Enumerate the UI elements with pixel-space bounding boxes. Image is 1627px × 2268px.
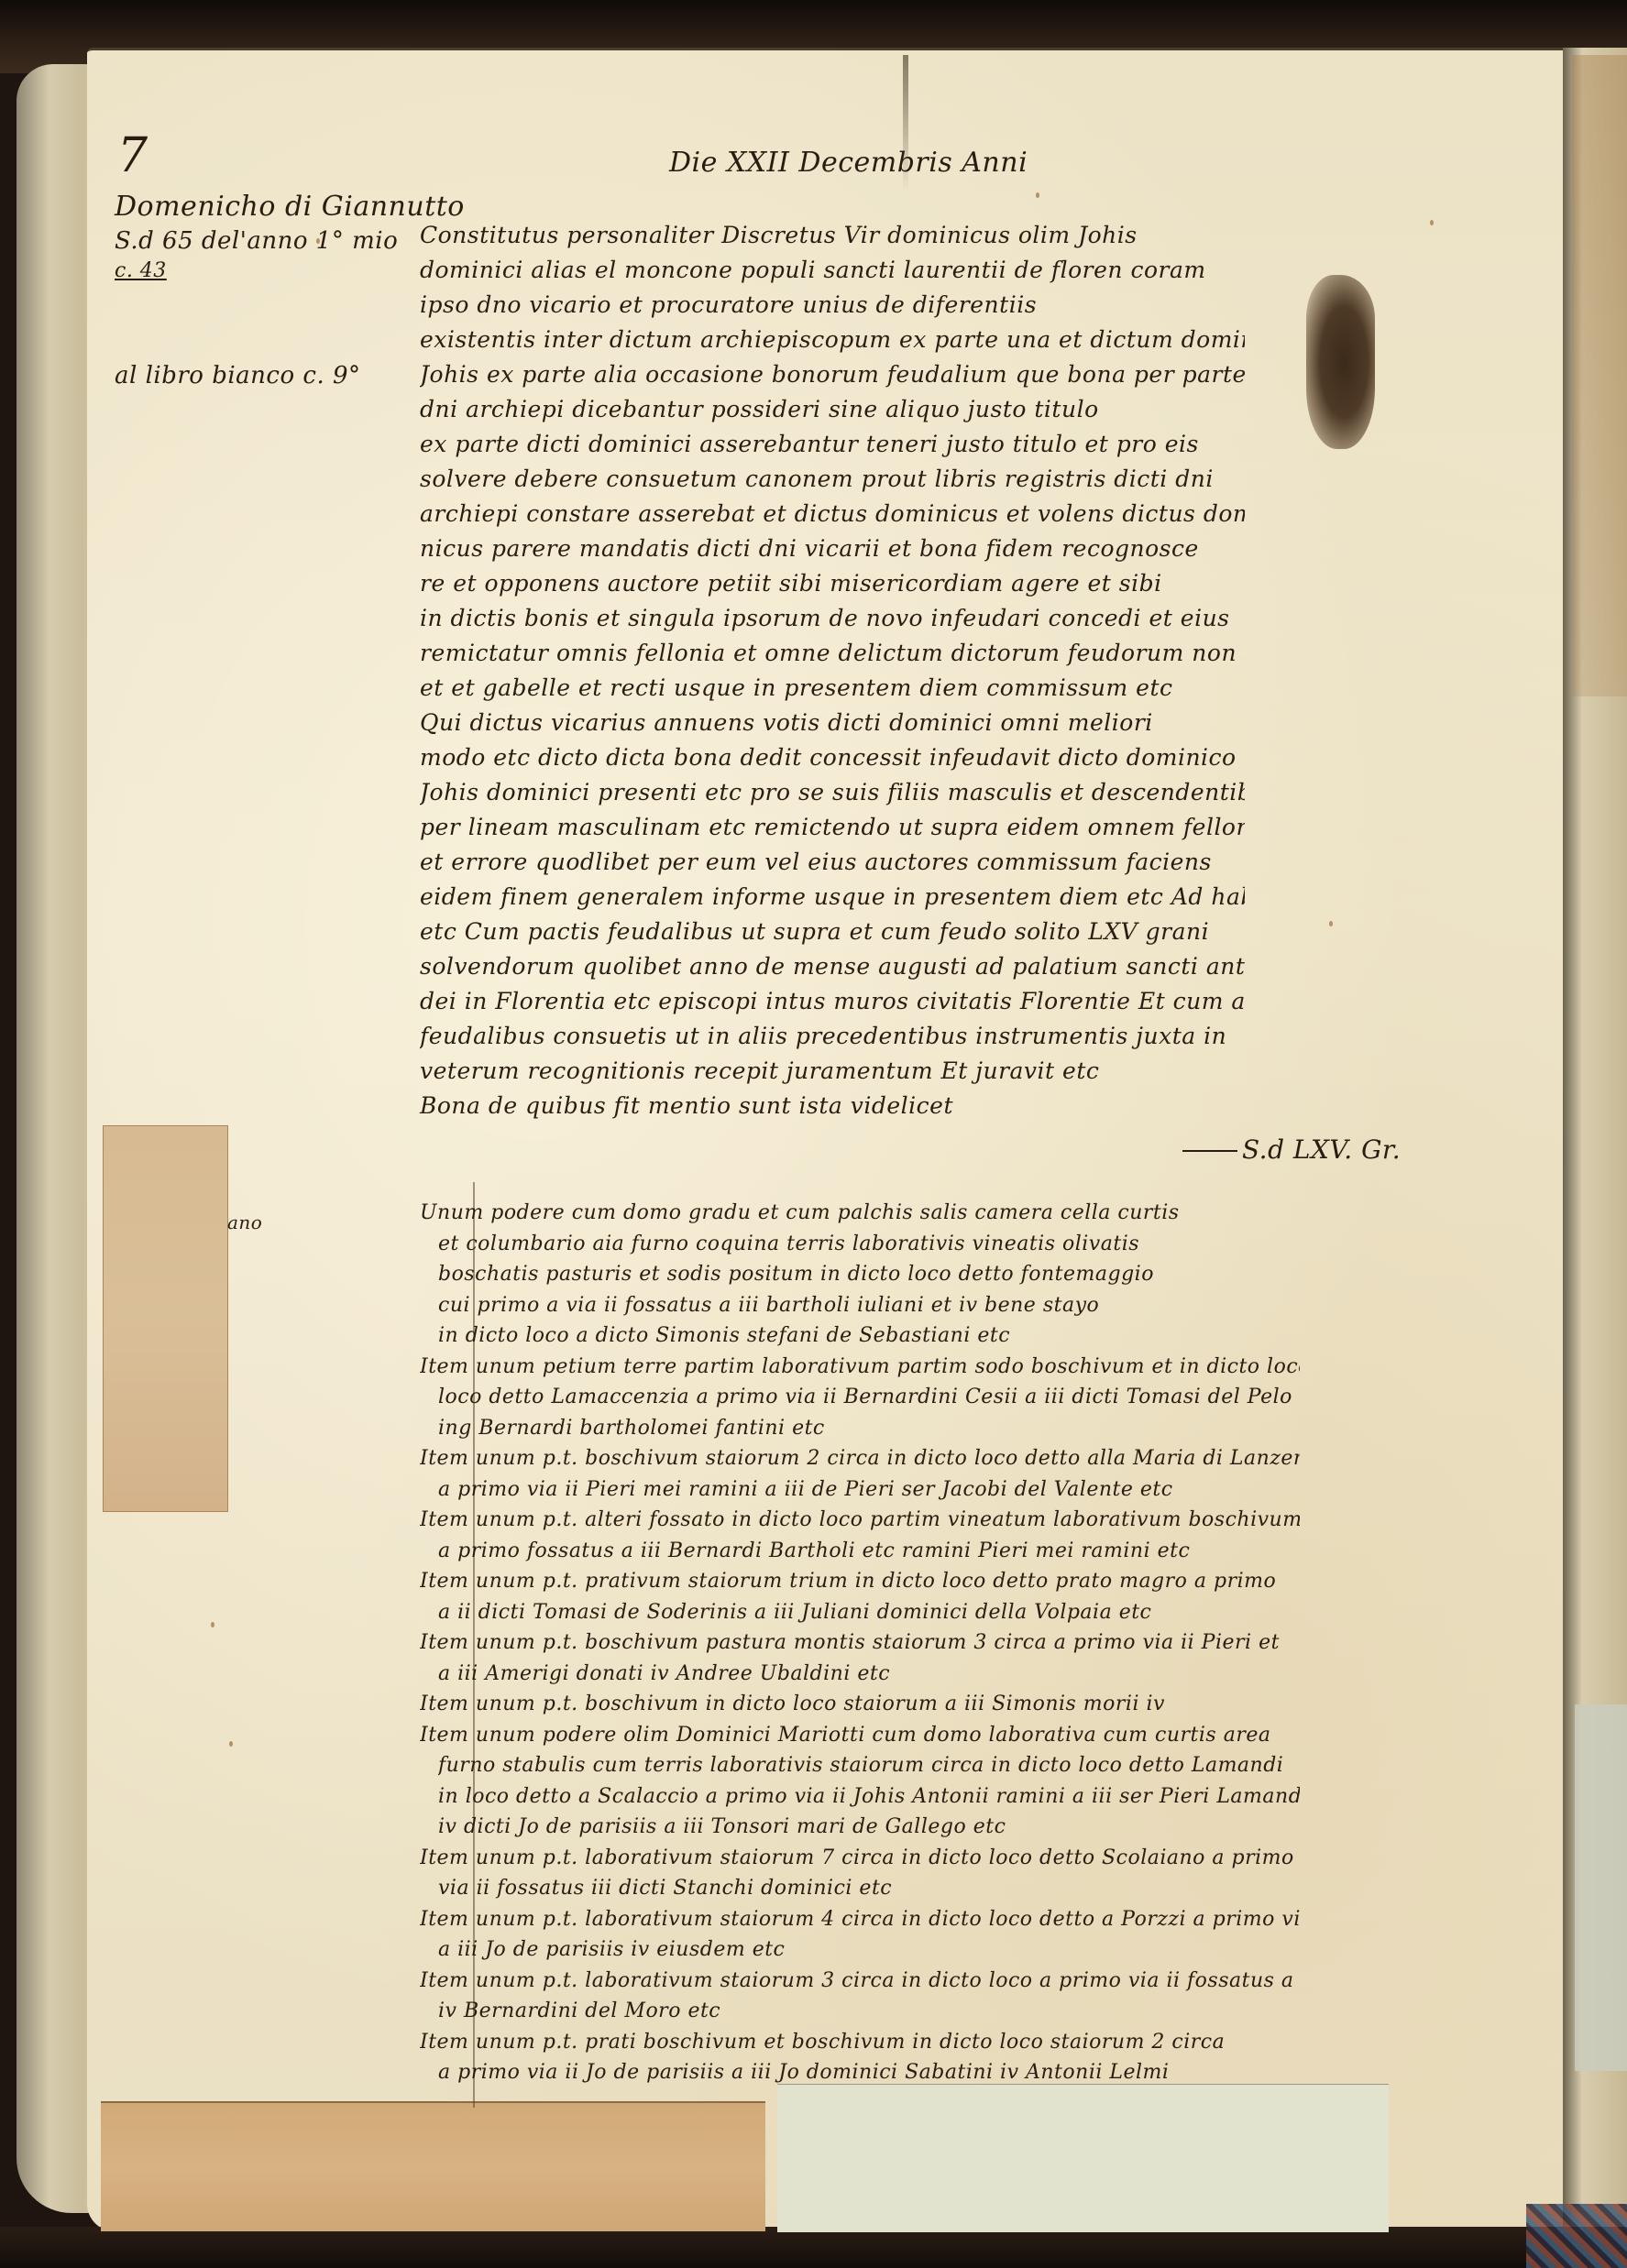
water-stain (1572, 55, 1627, 696)
list-text-line: Item unum p.t. laborativum staiorum 4 ci… (420, 1904, 1300, 1935)
amount-leader-line (1182, 1150, 1237, 1152)
list-heading: Bona de quibus fit mentio sunt ista vide… (420, 1089, 1245, 1123)
body-text-line: et errore quodlibet per eum vel eius auc… (420, 845, 1245, 880)
list-text-line: cui primo a via ii fossatus a iii bartho… (438, 1290, 1300, 1321)
foxing-spot (229, 1741, 233, 1747)
book-binding-bottom (0, 2227, 1627, 2268)
body-text-line: dominici alias el moncone populi sancti … (420, 253, 1245, 288)
body-text-line: nicus parere mandatis dicti dni vicarii … (420, 531, 1245, 566)
right-amount: S.d LXV. Gr. (1242, 1134, 1401, 1165)
list-text-line: ing Bernardi bartholomei fantini etc (438, 1413, 1300, 1444)
list-text-line: Item unum p.t. boschivum pastura montis … (420, 1627, 1300, 1659)
foxing-spot (1430, 220, 1434, 225)
foxing-spot (211, 1622, 214, 1627)
body-text-line: etc Cum pactis feudalibus ut supra et cu… (420, 915, 1245, 949)
ink-blot (1306, 275, 1375, 449)
body-text-line: dni archiepi dicebantur possideri sine a… (420, 392, 1245, 427)
body-text-line: solvere debere consuetum canonem prout l… (420, 462, 1245, 497)
list-text-line: in dicto loco a dicto Simonis stefani de… (438, 1320, 1300, 1352)
list-text-line: Unum podere cum domo gradu et cum palchi… (420, 1198, 1300, 1229)
list-text-line: Item unum p.t. prati boschivum et boschi… (420, 2027, 1300, 2058)
body-text-line: remictatur omnis fellonia et omne delict… (420, 636, 1245, 671)
property-list: Unum podere cum domo gradu et cum palchi… (438, 1198, 1300, 2088)
list-text-line: Item unum p.t. laborativum staiorum 7 ci… (420, 1843, 1300, 1874)
list-text-line: Item unum petium terre partim laborativu… (420, 1352, 1300, 1383)
paper-repair-patch (1575, 1704, 1627, 2071)
list-text-line: a primo via ii Pieri mei ramini a iii de… (438, 1474, 1300, 1506)
body-text-line: per lineam masculinam etc remictendo ut … (420, 810, 1245, 845)
body-text-line: Constitutus personaliter Discretus Vir d… (420, 218, 1245, 253)
body-text-line: solvendorum quolibet anno de mense augus… (420, 949, 1245, 984)
body-text-line: existentis inter dictum archiepiscopum e… (420, 323, 1245, 357)
binding-thread (1526, 2204, 1627, 2268)
paper-repair-patch (101, 2101, 765, 2231)
list-text-line: Item unum p.t. boschivum staiorum 2 circ… (420, 1443, 1300, 1474)
list-text-line: a primo via ii Jo de parisiis a iii Jo d… (438, 2057, 1300, 2088)
list-text-line: boschatis pasturis et sodis positum in d… (438, 1259, 1300, 1290)
margin-small-note: ano (227, 1211, 262, 1233)
folio-number: 7 (117, 128, 148, 183)
body-text-line: et et gabelle et recti usque in presente… (420, 671, 1245, 706)
margin-name: Domenicho di Giannutto (115, 191, 465, 223)
list-text-line: in loco detto a Scalaccio a primo via ii… (438, 1781, 1300, 1813)
list-text-line: a ii dicti Tomasi de Soderinis a iii Jul… (438, 1597, 1300, 1628)
foxing-spot (1329, 921, 1333, 926)
margin-reference: c. 43 (115, 259, 167, 282)
body-text-line: feudalibus consuetis ut in aliis precede… (420, 1019, 1245, 1054)
body-text-line: ex parte dicti dominici asserebantur ten… (420, 427, 1245, 462)
document-heading: Die XXII Decembris Anni (669, 147, 1028, 179)
list-text-line: Item unum p.t. boschivum in dicto loco s… (420, 1689, 1300, 1720)
list-text-line: Item unum p.t. laborativum staiorum 3 ci… (420, 1966, 1300, 1997)
list-text-line: iv dicti Jo de parisiis a iii Tonsori ma… (438, 1812, 1300, 1843)
list-text-line: Item unum p.t. prativum staiorum trium i… (420, 1566, 1300, 1597)
body-text-line: ipso dno vicario et procuratore unius de… (420, 288, 1245, 323)
body-text-line: dei in Florentia etc episcopi intus muro… (420, 984, 1245, 1019)
body-paragraph-one: Constitutus personaliter Discretus Vir d… (420, 218, 1245, 706)
body-paragraph-two: Qui dictus vicarius annuens votis dicti … (420, 706, 1245, 1089)
foxing-spot (1036, 192, 1039, 198)
list-text-line: a iii Amerigi donati iv Andree Ubaldini … (438, 1659, 1300, 1690)
body-text-line: veterum recognitionis recepit juramentum… (420, 1054, 1245, 1089)
list-text-line: via ii fossatus iii dicti Stanchi domini… (438, 1873, 1300, 1904)
list-text-line: a iii Jo de parisiis iv eiusdem etc (438, 1934, 1300, 1966)
body-text-line: Johis dominici presenti etc pro se suis … (420, 775, 1245, 810)
body-text-line: in dictis bonis et singula ipsorum de no… (420, 601, 1245, 636)
body-text-line: Johis ex parte alia occasione bonorum fe… (420, 357, 1245, 392)
paper-repair-patch (103, 1125, 228, 1512)
paper-repair-patch (777, 2084, 1389, 2232)
body-text-line: modo etc dicto dicta bona dedit concessi… (420, 740, 1245, 775)
list-text-line: Item unum podere olim Dominici Mariotti … (420, 1720, 1300, 1751)
list-text-line: a primo fossatus a iii Bernardi Bartholi… (438, 1536, 1300, 1567)
body-text-line: eidem finem generalem informe usque in p… (420, 880, 1245, 915)
body-text: Constitutus personaliter Discretus Vir d… (420, 218, 1245, 1123)
list-text-line: Item unum p.t. alteri fossato in dicto l… (420, 1505, 1300, 1536)
list-text-line: furno stabulis cum terris laborativis st… (438, 1750, 1300, 1781)
margin-note: al libro bianco c. 9° (115, 362, 361, 389)
body-text-line: archiepi constare asserebat et dictus do… (420, 497, 1245, 531)
list-text-line: loco detto Lamaccenzia a primo via ii Be… (438, 1382, 1300, 1413)
body-text-line: Qui dictus vicarius annuens votis dicti … (420, 706, 1245, 740)
body-text-line: re et opponens auctore petiit sibi miser… (420, 566, 1245, 601)
list-text-line: iv Bernardini del Moro etc (438, 1996, 1300, 2027)
list-text-line: et columbario aia furno coquina terris l… (438, 1229, 1300, 1260)
margin-amount: S.d 65 del'anno 1° mio (115, 227, 398, 255)
